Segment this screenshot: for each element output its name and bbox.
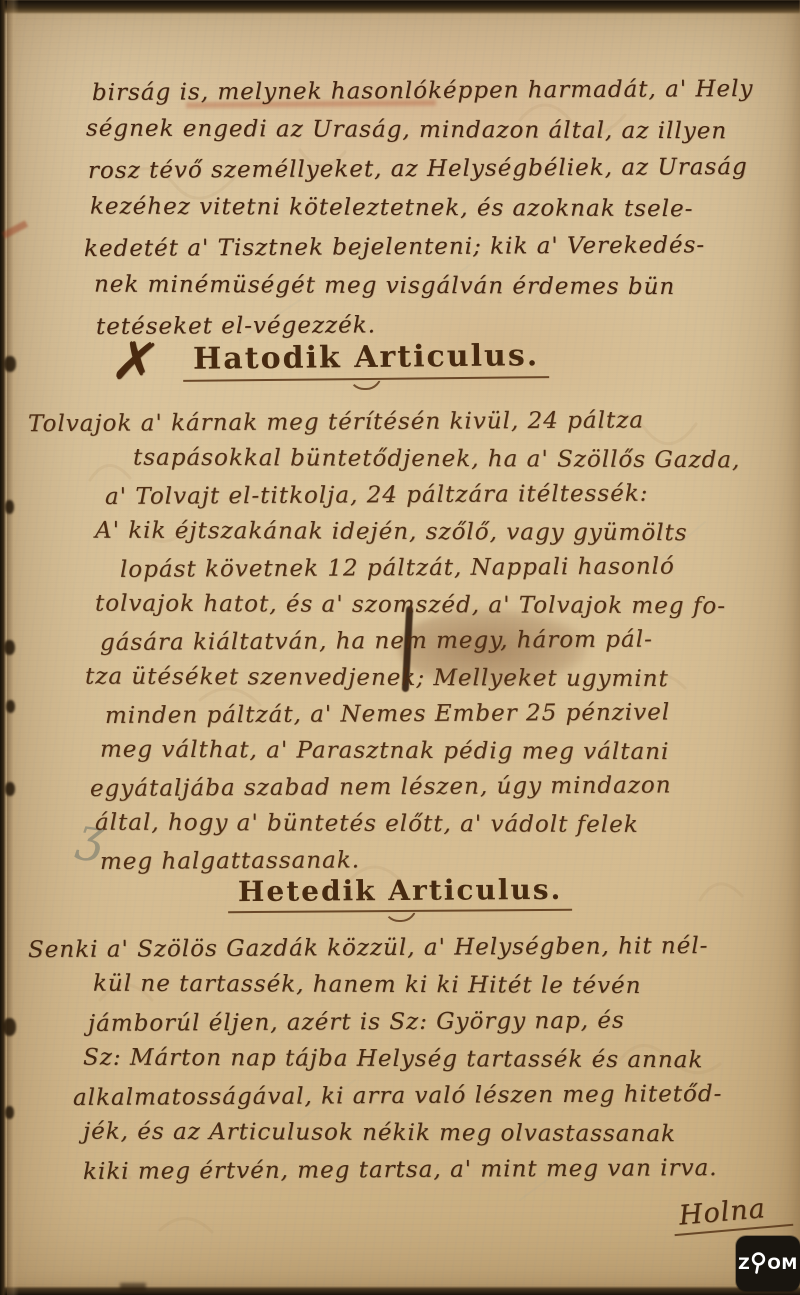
manuscript-line: egyátaljába szabad nem lészen, úgy minda…	[90, 767, 741, 807]
manuscript-line: által, hogy a' büntetés előtt, a' vádolt…	[95, 804, 741, 843]
manuscript-line: Sz: Márton nap tájba Helység tartassék é…	[83, 1040, 723, 1080]
manuscript-line: lopást követnek 12 páltzát, Nappali haso…	[120, 548, 741, 588]
manuscript-line: Senki a' Szölös Gazdák közzül, a' Helysé…	[28, 928, 723, 969]
binding-stitch-mark	[6, 700, 15, 713]
manuscript-line: birság is, melynek hasonlóképpen harmadá…	[92, 70, 754, 113]
magnifier-icon	[751, 1251, 766, 1276]
binding-stitch-mark	[3, 1018, 16, 1036]
binding-stitch-mark	[5, 1106, 14, 1119]
binding-stitch-mark	[4, 640, 15, 655]
article7-paragraph: Senki a' Szölös Gazdák közzül, a' Helysé…	[28, 930, 722, 1189]
manuscript-line: nek minémüségét meg visgálván érdemes bü…	[94, 266, 754, 308]
article6-paragraph: Tolvajok a' kárnak meg térítésén kivül, …	[28, 404, 740, 879]
page-top-edge	[0, 0, 800, 14]
intro-paragraph: birság is, melynek hasonlóképpen harmadá…	[92, 72, 753, 345]
binding-stitch-mark	[5, 500, 14, 514]
bottom-edge-spot	[120, 1283, 146, 1291]
manuscript-line: jék, és az Articulusok nékik meg olvasta…	[83, 1114, 723, 1154]
manuscript-line: ségnek engedi az Uraság, mindazon által,…	[86, 110, 754, 152]
manuscript-line: a' Tolvajt el-titkolja, 24 páltzára itél…	[105, 475, 741, 515]
manuscript-line: tsapásokkal büntetődjenek, ha a' Szöllős…	[133, 439, 741, 478]
manuscript-line: tolvajok hatot, és a' szomszéd, a' Tolva…	[95, 585, 741, 624]
binding-stitch-mark	[5, 782, 15, 796]
manuscript-line: minden páltzát, a' Nemes Ember 25 pénziv…	[105, 694, 741, 734]
manuscript-line: kül ne tartassék, hanem ki ki Hitét le t…	[93, 966, 723, 1006]
manuscript-line: A' kik éjtszakának idején, szőlő, vagy g…	[95, 512, 741, 551]
manuscript-line: kiki meg értvén, meg tartsa, a' mint meg…	[83, 1150, 723, 1191]
manuscript-line: meg válthat, a' Parasztnak pédig meg vál…	[100, 731, 741, 770]
manuscript-line: gására kiáltatván, ha nem megy, három pá…	[100, 621, 741, 661]
manuscript-line: kedetét a' Tisztnek bejelenteni; kik a' …	[84, 226, 754, 269]
manuscript-page: ✗ ʒ birság is, melynek hasonlóképpen har…	[0, 0, 800, 1295]
manuscript-line: rosz tévő személlyeket, az Helységbéliek…	[88, 148, 754, 191]
manuscript-line: Tolvajok a' kárnak meg térítésén kivül, …	[28, 402, 741, 443]
manuscript-line: alkalmatosságával, ki arra való lészen m…	[73, 1076, 723, 1117]
manuscript-line: kezéhez vitetni köteleztetnek, és azokna…	[90, 188, 754, 230]
manuscript-line: jámborúl éljen, azért is Sz: György nap,…	[88, 1002, 723, 1043]
article6-heading: Hatodik Articulus.	[183, 338, 550, 382]
zoom-watermark: Z OM	[736, 1236, 800, 1291]
article7-heading: Hetedik Articulus.	[228, 873, 573, 913]
binding-stitch-mark	[4, 356, 16, 372]
zoom-watermark-om: OM	[767, 1254, 798, 1273]
zoom-watermark-z: Z	[738, 1254, 750, 1273]
manuscript-line: tza ütéséket szenvedjenek; Mellyeket ugy…	[85, 658, 741, 697]
